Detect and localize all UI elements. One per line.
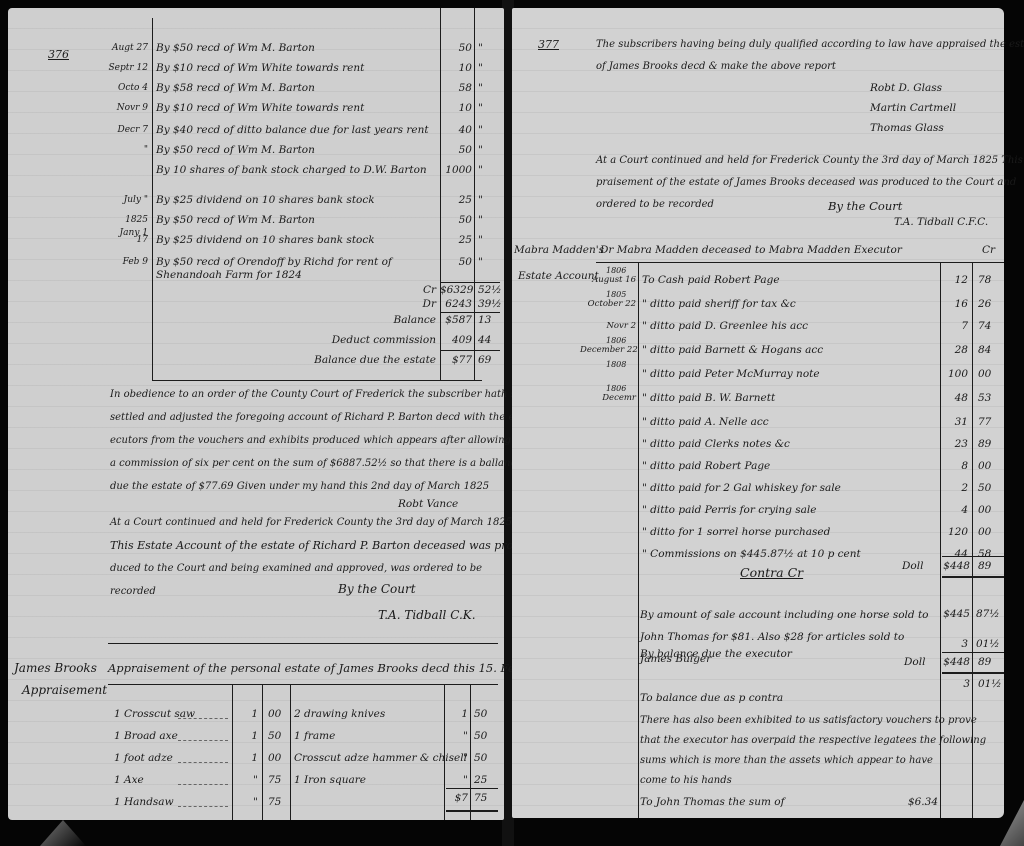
ledger-cents: " bbox=[478, 102, 483, 115]
paragraph-line: The subscribers having being duly qualif… bbox=[596, 38, 1024, 51]
ledger-description: By $50 recd of Orendoff by Richd for ren… bbox=[156, 256, 436, 282]
right-ledger-page: 377 The subscribers having being duly qu… bbox=[512, 8, 1004, 818]
entry-dollars: 4 bbox=[940, 504, 968, 517]
ledger-dollars: 25 bbox=[440, 234, 472, 247]
appraisement-margin-title-2: Appraisement bbox=[22, 684, 107, 697]
appraisement-cents: 50 bbox=[474, 752, 487, 765]
entry-description: " ditto paid Barnett & Hogans acc bbox=[642, 344, 823, 357]
ledger-bottom-rule bbox=[152, 380, 482, 381]
ledger-date: 17 bbox=[104, 234, 148, 247]
ledger-description: By $40 recd of ditto balance due for las… bbox=[156, 124, 429, 137]
appraisement-dollars: 1 bbox=[234, 730, 258, 743]
ledger-cents: " bbox=[478, 124, 483, 137]
entry-date: December 22 bbox=[580, 344, 636, 357]
ledger-description: By $50 recd of Wm M. Barton bbox=[156, 214, 315, 227]
entry-cents: 84 bbox=[978, 344, 991, 357]
appraisement-dollars: 1 bbox=[234, 752, 258, 765]
debit-total-label: Doll bbox=[902, 560, 923, 573]
entry-date: Decemr bbox=[580, 392, 636, 405]
court-by: By the Court bbox=[828, 200, 902, 213]
appraisement-dollars: " bbox=[234, 774, 258, 787]
entry-description: " ditto paid for 2 Gal whiskey for sale bbox=[642, 482, 841, 495]
credit-cents: 01½ bbox=[976, 638, 1000, 651]
appraisement-item: 1 Axe bbox=[114, 774, 144, 787]
appraisement-item: 2 drawing knives bbox=[294, 708, 385, 721]
entry-cents: 00 bbox=[978, 368, 991, 381]
ledger-date: July " bbox=[104, 194, 148, 207]
court-signature: T.A. Tidball C.K. bbox=[378, 609, 476, 622]
balance-row-text: To balance due as p contra bbox=[640, 692, 783, 705]
ledger-date: Novr 9 bbox=[104, 102, 148, 115]
entry-cents: 78 bbox=[978, 274, 991, 287]
leader-dots bbox=[178, 762, 228, 763]
entry-description: " ditto for 1 sorrel horse purchased bbox=[642, 526, 830, 539]
appraisement-cents: 75 bbox=[268, 774, 281, 787]
credit-dollars: 3 bbox=[940, 638, 968, 651]
appraisement-cents: 50 bbox=[474, 730, 487, 743]
ledger-cents: " bbox=[478, 164, 483, 177]
paragraph-line: This Estate Account of the estate of Ric… bbox=[110, 539, 517, 552]
estate-heading-cr: Cr bbox=[982, 244, 995, 257]
total-rule bbox=[942, 576, 1004, 578]
appr-col-rule bbox=[290, 684, 291, 820]
estate-heading: Dr Mabra Madden deceased to Mabra Madden… bbox=[600, 244, 902, 257]
paragraph-line: In obedience to an order of the County C… bbox=[110, 388, 542, 401]
credit-total-dollars: $448 bbox=[940, 656, 970, 669]
ledger-date: " bbox=[104, 144, 148, 157]
appraiser-name: Robt D. Glass bbox=[870, 82, 942, 95]
total-cents: 39½ bbox=[478, 298, 502, 311]
appr-col-rule bbox=[262, 684, 263, 820]
ledger-dollars: 50 bbox=[440, 256, 472, 269]
ledger-cents: " bbox=[478, 42, 483, 55]
left-ledger-page: 376 Augt 27By $50 recd of Wm M. Barton50… bbox=[8, 8, 504, 820]
total-dollars: 409 bbox=[440, 334, 472, 347]
cents-column-rule bbox=[474, 8, 475, 380]
entry-dollars: 28 bbox=[940, 344, 968, 357]
ledger-dollars: 10 bbox=[440, 102, 472, 115]
entry-dollars: 120 bbox=[940, 526, 968, 539]
appraisement-cents: 00 bbox=[268, 752, 281, 765]
paragraph-line: ecutors from the vouchers and exhibits p… bbox=[110, 434, 511, 447]
entry-dollars: 2 bbox=[940, 482, 968, 495]
ledger-description: By $50 recd of Wm M. Barton bbox=[156, 144, 315, 157]
entry-cents: 89 bbox=[978, 438, 991, 451]
ledger-description: By $25 dividend on 10 shares bank stock bbox=[156, 194, 375, 207]
entry-dollars: 7 bbox=[940, 320, 968, 333]
entry-description: To Cash paid Robert Page bbox=[642, 274, 780, 287]
entry-description: " ditto paid B. W. Barnett bbox=[642, 392, 775, 405]
section-divider bbox=[108, 643, 498, 644]
ledger-description: By 10 shares of bank stock charged to D.… bbox=[156, 164, 427, 177]
paragraph-line: At a Court continued and held for Freder… bbox=[110, 516, 512, 529]
entry-dollars: 16 bbox=[940, 298, 968, 311]
debit-total-cents: 89 bbox=[974, 560, 1006, 573]
estate-margin-title-1: Mabra Madden's bbox=[514, 244, 604, 257]
entry-date: October 22 bbox=[580, 298, 636, 311]
appraisement-dollars: " bbox=[446, 730, 468, 743]
appraisement-item: 1 Broad axe bbox=[114, 730, 178, 743]
appraisement-item: 1 foot adze bbox=[114, 752, 173, 765]
credit-description: By balance due the executor bbox=[640, 648, 792, 661]
ledger-dollars: 1000 bbox=[440, 164, 472, 177]
paragraph-line: settled and adjusted the foregoing accou… bbox=[110, 411, 523, 424]
entry-dollars: 100 bbox=[940, 368, 968, 381]
entry-dollars: 48 bbox=[940, 392, 968, 405]
appraisement-dollars: " bbox=[234, 796, 258, 809]
appraisement-total-dollars: $7 bbox=[444, 792, 468, 805]
date-column-rule bbox=[152, 18, 153, 380]
ledger-date: Augt 27 bbox=[104, 42, 148, 55]
appraisement-item: 1 Crosscut saw bbox=[114, 708, 195, 721]
credit-cents: 87½ bbox=[976, 608, 1000, 621]
balance-row-dollars: 3 bbox=[940, 678, 970, 691]
ledger-dollars: 50 bbox=[440, 144, 472, 157]
paragraph-line: praisement of the estate of James Brooks… bbox=[596, 176, 1016, 189]
entry-dollars: 8 bbox=[940, 460, 968, 473]
ledger-description: By $10 recd of Wm White towards rent bbox=[156, 62, 364, 75]
paragraph-line: come to his hands bbox=[640, 774, 732, 787]
ledger-cents: " bbox=[478, 144, 483, 157]
entry-description: " Commissions on $445.87½ at 10 p cent bbox=[642, 548, 861, 561]
appraisement-item: Crosscut adze hammer & chisell bbox=[294, 752, 467, 765]
entry-dollars: 31 bbox=[940, 416, 968, 429]
credit-dollars: $445 bbox=[932, 608, 970, 621]
entry-cents: 26 bbox=[978, 298, 991, 311]
total-rule bbox=[440, 350, 500, 351]
appraisement-cents: 50 bbox=[474, 708, 487, 721]
page-corner-fold bbox=[40, 820, 86, 846]
paragraph-line: a commission of six per cent on the sum … bbox=[110, 457, 522, 470]
leader-dots bbox=[178, 740, 228, 741]
entry-description: " ditto paid D. Greenlee his acc bbox=[642, 320, 808, 333]
last-row-amount: $6.34 bbox=[892, 796, 938, 809]
appraiser-name: Thomas Glass bbox=[870, 122, 944, 135]
ledger-date: Feb 9 bbox=[104, 256, 148, 269]
paragraph-line: There has also been exhibited to us sati… bbox=[640, 714, 977, 727]
appraisement-item: 1 Iron square bbox=[294, 774, 366, 787]
credit-total-cents: 89 bbox=[974, 656, 1006, 669]
entry-date: Novr 2 bbox=[580, 320, 636, 333]
total-label: Balance bbox=[238, 314, 436, 327]
ledger-dollars: 58 bbox=[440, 82, 472, 95]
entry-year: 1808 bbox=[606, 358, 626, 371]
appraisement-item: 1 frame bbox=[294, 730, 335, 743]
entry-cents: 74 bbox=[978, 320, 991, 333]
court-signature: T.A. Tidball C.F.C. bbox=[894, 216, 988, 229]
total-dollars: $6329 bbox=[440, 284, 472, 297]
ledger-description: By $50 recd of Wm M. Barton bbox=[156, 42, 315, 55]
appraisement-heading: Appraisement of the personal estate of J… bbox=[108, 662, 562, 675]
total-rule bbox=[942, 652, 1004, 653]
ledger-dollars: 25 bbox=[440, 194, 472, 207]
court-by: By the Court bbox=[338, 583, 416, 596]
ledger-date: Septr 12 bbox=[104, 62, 148, 75]
appraisement-cents: 50 bbox=[268, 730, 281, 743]
ledger-date: Decr 7 bbox=[104, 124, 148, 137]
entry-description: " ditto paid Peter McMurray note bbox=[642, 368, 820, 381]
ledger-description: By $58 recd of Wm M. Barton bbox=[156, 82, 315, 95]
appraisement-heading-rule bbox=[108, 684, 498, 685]
appr-col-rule bbox=[232, 684, 233, 820]
entry-description: " ditto paid Clerks notes &c bbox=[642, 438, 790, 451]
appraisement-margin-title-1: James Brooks bbox=[14, 662, 97, 675]
appraisement-total-cents: 75 bbox=[470, 792, 496, 805]
ledger-dollars: 50 bbox=[440, 42, 472, 55]
total-dollars: $77 bbox=[440, 354, 472, 367]
total-cents: 44 bbox=[478, 334, 491, 347]
entry-dollars: 23 bbox=[940, 438, 968, 451]
debit-total-dollars: $448 bbox=[940, 560, 970, 573]
leader-dots bbox=[178, 718, 228, 719]
entry-cents: 77 bbox=[978, 416, 991, 429]
ledger-date: Octo 4 bbox=[104, 82, 148, 95]
appraisement-item: 1 Handsaw bbox=[114, 796, 174, 809]
entry-description: " ditto paid Perris for crying sale bbox=[642, 504, 816, 517]
page-number: 377 bbox=[538, 38, 559, 51]
total-cents: 69 bbox=[478, 354, 491, 367]
appraisement-dollars: " bbox=[446, 774, 468, 787]
appraisement-cents: 00 bbox=[268, 708, 281, 721]
ledger-cents: " bbox=[478, 234, 483, 247]
ledger-cents: " bbox=[478, 62, 483, 75]
appraisement-cents: 75 bbox=[268, 796, 281, 809]
paragraph-line: that the executor has overpaid the respe… bbox=[640, 734, 986, 747]
settlement-signature: Robt Vance bbox=[398, 498, 458, 511]
total-dollars: 6243 bbox=[440, 298, 472, 311]
last-row-text: To John Thomas the sum of bbox=[640, 796, 784, 809]
date-column-rule bbox=[638, 262, 639, 818]
paragraph-line: duced to the Court and being examined an… bbox=[110, 562, 482, 575]
entry-description: " ditto paid Robert Page bbox=[642, 460, 770, 473]
paragraph-line: ordered to be recorded bbox=[596, 198, 714, 211]
entry-cents: 00 bbox=[978, 504, 991, 517]
contra-label: Contra Cr bbox=[740, 566, 803, 579]
paragraph-line: At a Court continued and held for Freder… bbox=[596, 154, 1024, 167]
leader-dots bbox=[178, 806, 228, 807]
leader-dots bbox=[178, 784, 228, 785]
ledger-cents: " bbox=[478, 82, 483, 95]
total-label: Cr bbox=[238, 284, 436, 297]
appraisement-dollars: " bbox=[446, 752, 468, 765]
appr-total-rule bbox=[446, 788, 498, 789]
entry-cents: 00 bbox=[978, 526, 991, 539]
total-cents: 13 bbox=[478, 314, 491, 327]
ledger-dollars: 10 bbox=[440, 62, 472, 75]
total-label: Dr bbox=[238, 298, 436, 311]
entry-description: " ditto paid A. Nelle acc bbox=[642, 416, 769, 429]
ledger-description: By $10 recd of Wm White towards rent bbox=[156, 102, 364, 115]
paragraph-line: recorded bbox=[110, 585, 156, 598]
entry-cents: 53 bbox=[978, 392, 991, 405]
entry-dollars: 12 bbox=[940, 274, 968, 287]
estate-heading-rule bbox=[596, 262, 1004, 263]
paragraph-line: due the estate of $77.69 Given under my … bbox=[110, 480, 489, 493]
total-rule bbox=[942, 556, 1004, 557]
appraisement-cents: 25 bbox=[474, 774, 487, 787]
total-rule bbox=[440, 312, 500, 313]
balance-row-cents: 01½ bbox=[974, 678, 1006, 691]
entry-cents: 00 bbox=[978, 460, 991, 473]
page-number: 376 bbox=[48, 48, 69, 61]
appr-total-rule bbox=[446, 810, 498, 812]
appraisement-dollars: 1 bbox=[446, 708, 468, 721]
ledger-cents: " bbox=[478, 214, 483, 227]
ledger-cents: " bbox=[478, 256, 483, 269]
total-label: Deduct commission bbox=[238, 334, 436, 347]
paragraph-line: of James Brooks decd & make the above re… bbox=[596, 60, 836, 73]
total-rule bbox=[942, 672, 1004, 674]
entry-date: August 16 bbox=[580, 274, 636, 287]
ledger-description: By $25 dividend on 10 shares bank stock bbox=[156, 234, 375, 247]
total-cents: 52½ bbox=[478, 284, 502, 297]
appraisement-dollars: 1 bbox=[234, 708, 258, 721]
ledger-cents: " bbox=[478, 194, 483, 207]
entry-cents: 50 bbox=[978, 482, 991, 495]
credit-total-label: Doll bbox=[904, 656, 925, 669]
paragraph-line: sums which is more than the assets which… bbox=[640, 754, 933, 767]
total-rule bbox=[440, 282, 500, 283]
ledger-dollars: 50 bbox=[440, 214, 472, 227]
entry-description: " ditto paid sheriff for tax &c bbox=[642, 298, 796, 311]
appraiser-name: Martin Cartmell bbox=[870, 102, 956, 115]
ledger-dollars: 40 bbox=[440, 124, 472, 137]
total-label: Balance due the estate bbox=[238, 354, 436, 367]
total-dollars: $587 bbox=[440, 314, 472, 327]
